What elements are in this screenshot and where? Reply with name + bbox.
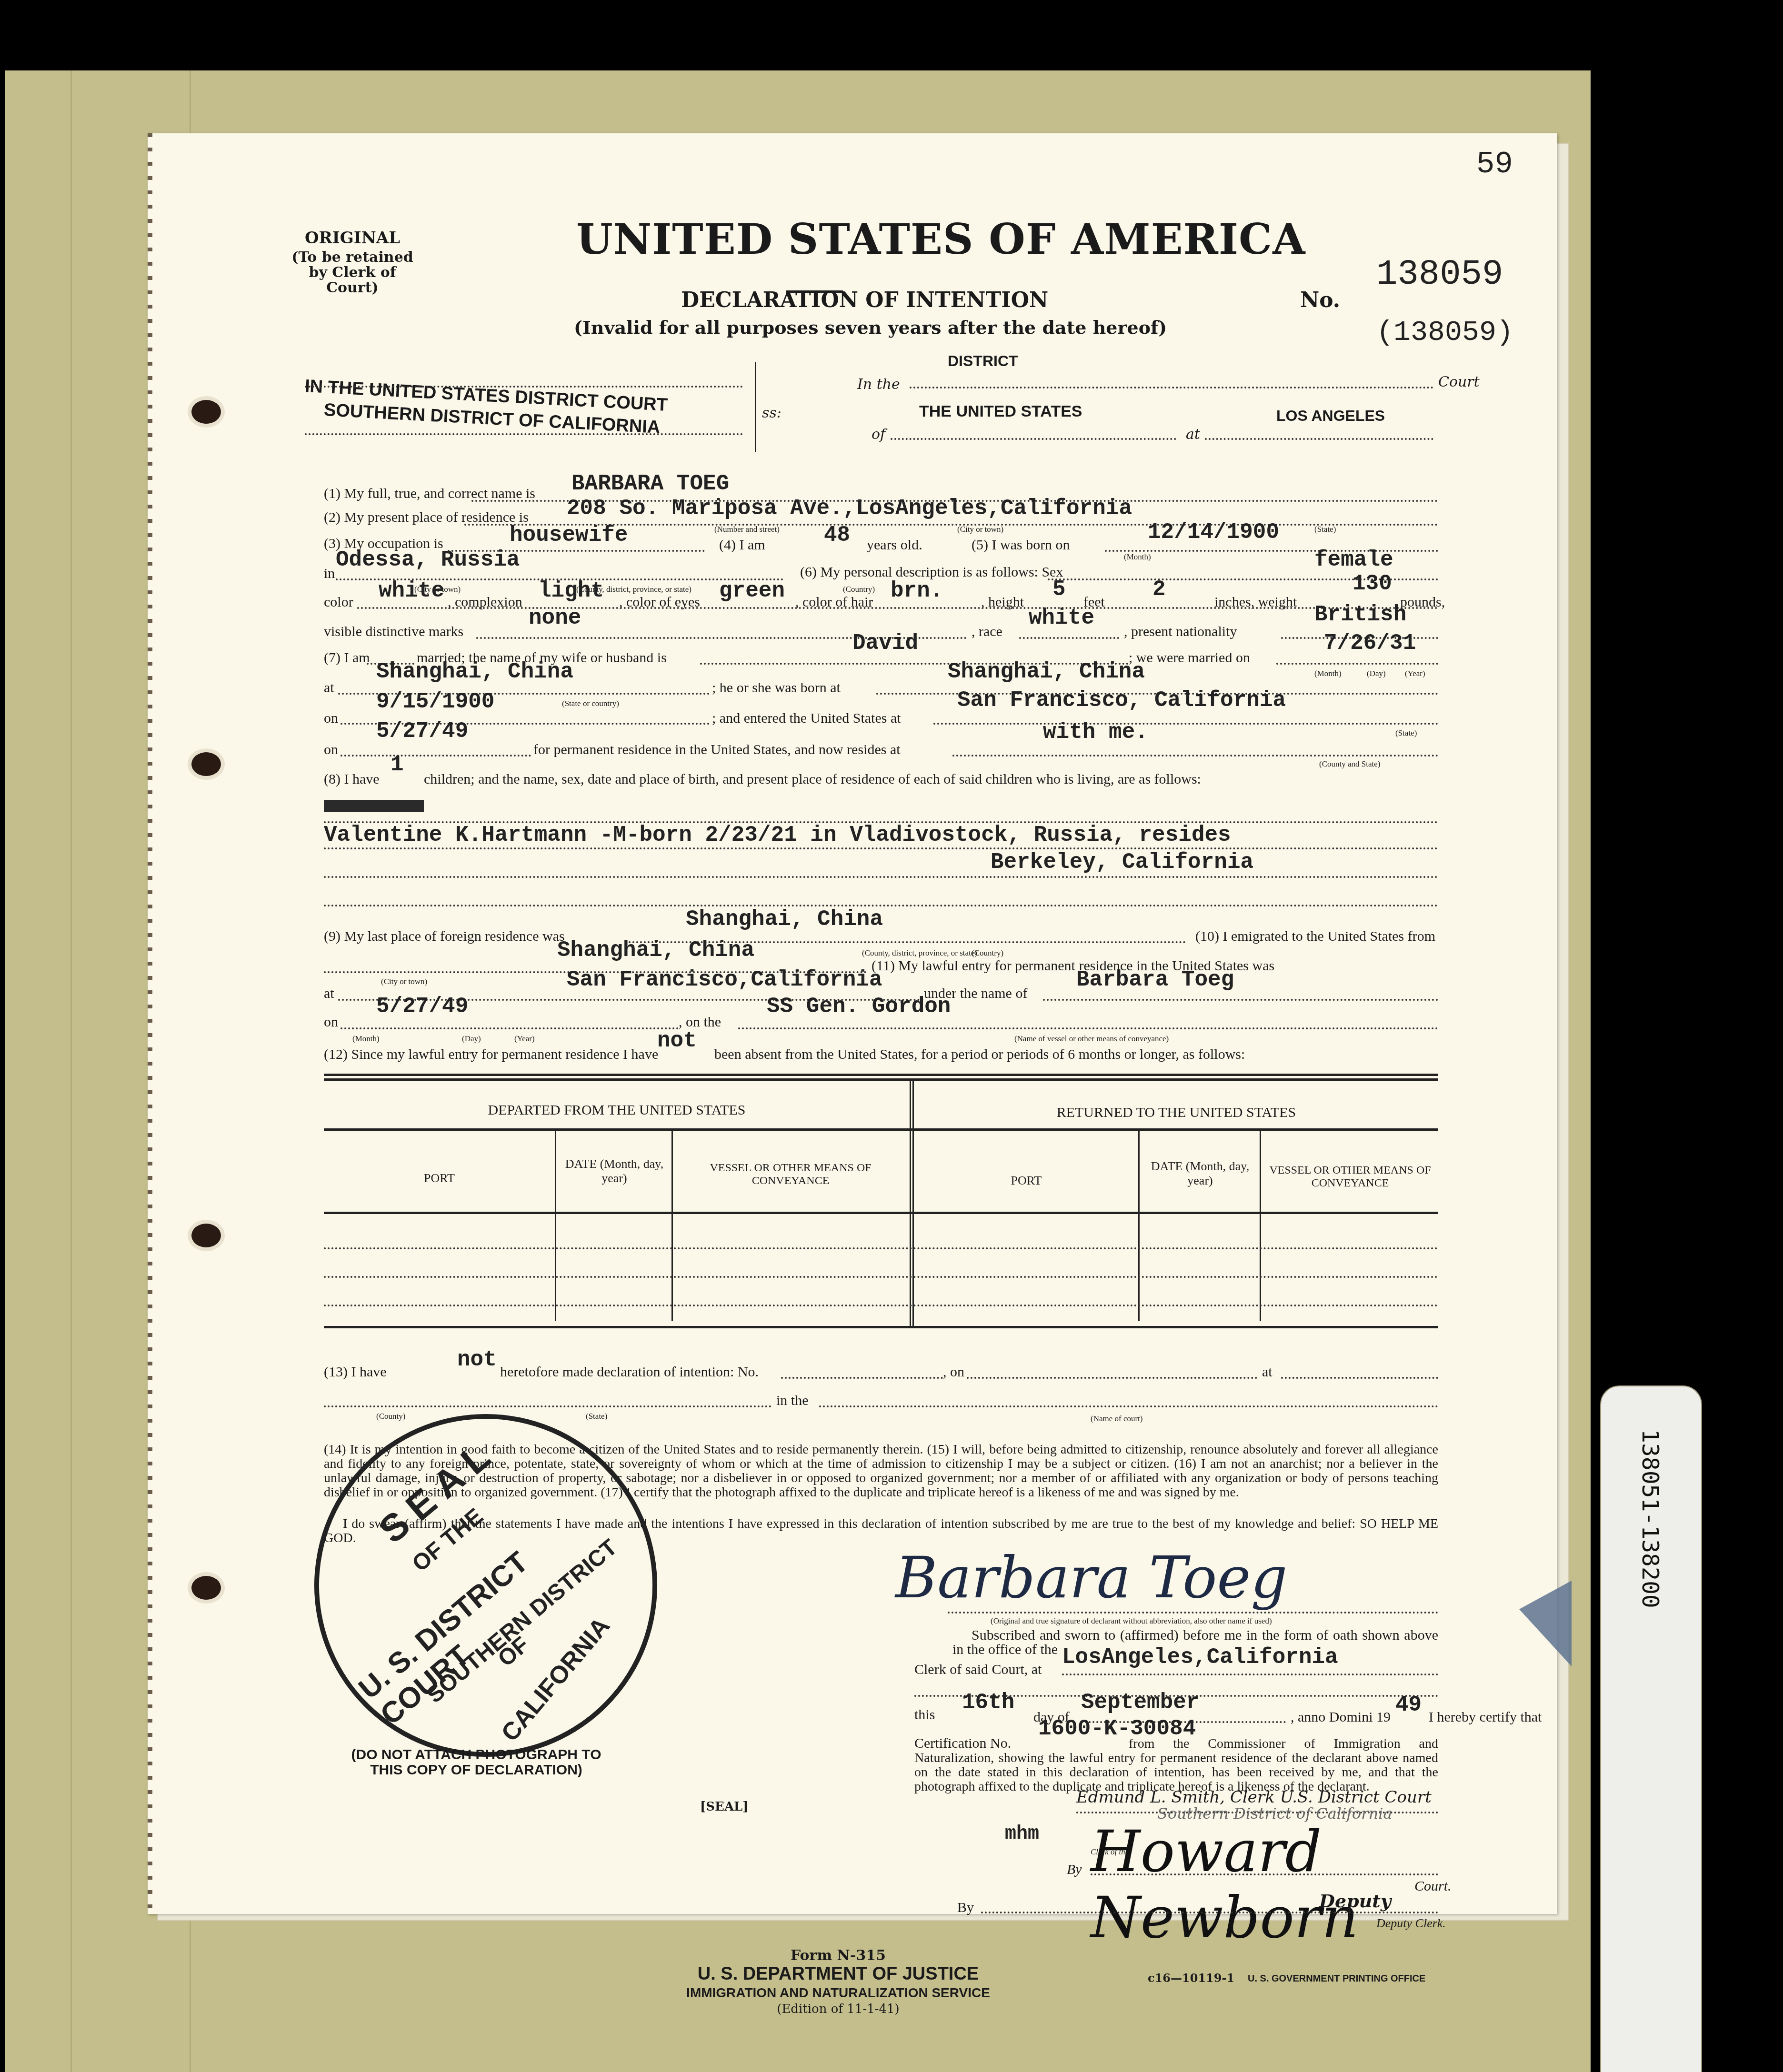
field-line xyxy=(1276,663,1438,665)
q12-label: (12) Since my lawful entry for permanent… xyxy=(324,1046,658,1063)
deputy-signature: Howard Newborn xyxy=(1091,1819,1557,1951)
entry-place-value[interactable]: San Francisco,California xyxy=(567,967,882,992)
clerk-at-label: Clerk of said Court, at xyxy=(914,1662,1042,1678)
copy-note: (To be retained by Clerk of Court) xyxy=(286,250,419,296)
height-feet-value[interactable]: 5 xyxy=(1052,577,1066,602)
field-line xyxy=(1043,999,1438,1001)
hint-vessel: (Name of vessel or other means of convey… xyxy=(1014,1034,1169,1044)
q10-label: (10) I emigrated to the United States fr… xyxy=(1195,928,1435,945)
field-line xyxy=(357,607,1438,609)
printer: U. S. GOVERNMENT PRINTING OFFICE xyxy=(1248,1973,1425,1984)
field-line xyxy=(1281,1377,1438,1379)
on-label: on xyxy=(324,742,338,758)
court-name-line xyxy=(910,387,1433,388)
entry-name-value[interactable]: Barbara Toeg xyxy=(1076,967,1234,992)
cert-text: from the Commissioner of Immigration and… xyxy=(914,1737,1438,1794)
hint-day: (Day) xyxy=(1367,669,1386,678)
spouse-resides-value[interactable]: with me. xyxy=(1043,720,1148,745)
field-line xyxy=(933,723,1438,725)
years-old-label: years old. xyxy=(867,537,922,553)
number-label: No. xyxy=(1300,288,1340,312)
venue-bracket xyxy=(755,362,756,452)
eyes-value[interactable]: green xyxy=(719,578,785,603)
table-col-divider xyxy=(555,1131,556,1321)
photo-note: (DO NOT ATTACH PHOTOGRAPH TO THIS COPY O… xyxy=(338,1747,614,1778)
vessel-value[interactable]: SS Gen. Gordon xyxy=(767,994,951,1019)
venue-line xyxy=(305,433,743,435)
married-on-label: ; we were married on xyxy=(1129,650,1250,666)
children-label: children; and the name, sex, date and pl… xyxy=(424,771,1201,787)
absence-value[interactable]: not xyxy=(657,1028,697,1053)
birth-place-value[interactable]: Odessa, Russia xyxy=(336,548,520,572)
q7-label: (7) I am xyxy=(324,650,370,666)
spouse-birthplace-value[interactable]: Shanghai, China xyxy=(948,659,1145,684)
hint-state: (State) xyxy=(586,1412,607,1421)
hint-court: (Name of court) xyxy=(1091,1414,1143,1424)
spouse-entry-place-value[interactable]: San Francisco, California xyxy=(957,688,1286,713)
year-value[interactable]: 49 xyxy=(1395,1693,1422,1717)
punch-hole xyxy=(191,752,221,776)
punch-hole xyxy=(191,1576,221,1600)
table-rule-top xyxy=(324,1074,1438,1076)
hint-month: (Month) xyxy=(1124,552,1151,562)
day-value[interactable]: 16th xyxy=(962,1690,1014,1715)
month-value[interactable]: September xyxy=(1081,1690,1199,1715)
col-date: DATE (Month, day, year) xyxy=(1143,1159,1257,1188)
children-line2[interactable]: Berkeley, California xyxy=(991,850,1253,875)
marks-value[interactable]: none xyxy=(529,606,581,630)
last-foreign-residence-value[interactable]: Shanghai, China xyxy=(686,907,883,932)
hint-country: (Country) xyxy=(972,948,1003,958)
table-col-divider xyxy=(671,1131,673,1321)
spouse-born-label: ; he or she was born at xyxy=(712,680,841,696)
hair-value[interactable]: brn. xyxy=(891,578,943,603)
q9-label: (9) My last place of foreign residence w… xyxy=(324,928,565,945)
anno-label: , anno Domini 19 xyxy=(1291,1709,1391,1725)
occupation-value[interactable]: housewife xyxy=(510,523,628,548)
deputy-label: Deputy xyxy=(1319,1890,1391,1912)
col-date: DATE (Month, day, year) xyxy=(562,1157,667,1185)
in-label: in xyxy=(324,566,335,582)
hint-county-state: (County and State) xyxy=(1319,759,1380,769)
hint-year: (Year) xyxy=(1405,669,1425,678)
hint-city: (City or town) xyxy=(957,525,1003,534)
height-inches-value[interactable]: 2 xyxy=(1152,577,1166,602)
field-line xyxy=(324,876,1438,878)
field-line xyxy=(738,1027,1438,1029)
hint-year: (Year) xyxy=(514,1034,535,1044)
col-port: PORT xyxy=(914,1174,1138,1188)
dept-name: U. S. DEPARTMENT OF JUSTICE xyxy=(648,1964,1029,1984)
clerk-location-value[interactable]: LosAngeles,California xyxy=(1062,1645,1338,1670)
table-col-divider xyxy=(1138,1131,1140,1321)
q4-label: (4) I am xyxy=(719,537,765,553)
children-count-value[interactable]: 1 xyxy=(391,752,404,777)
q8-label: (8) I have xyxy=(324,771,380,787)
court-type-stamp: DISTRICT xyxy=(948,352,1018,370)
court-label: Court. xyxy=(1414,1878,1452,1894)
this-label: this xyxy=(914,1707,935,1723)
hint-country: (Country) xyxy=(843,585,875,594)
venue-line xyxy=(305,386,743,388)
initials: mhm xyxy=(1005,1823,1039,1845)
departed-title: DEPARTED FROM THE UNITED STATES xyxy=(324,1102,910,1118)
hint-county: (County, district, province, or state) xyxy=(862,948,977,958)
table-rule-top xyxy=(324,1078,1438,1081)
q13-text: heretofore made declaration of intention… xyxy=(500,1364,759,1380)
entered-label: ; and entered the United States at xyxy=(712,710,901,727)
q5-label: (5) I was born on xyxy=(972,537,1070,553)
hint-state-country: (State or country) xyxy=(562,699,619,708)
marks-label: visible distinctive marks xyxy=(324,624,463,640)
declaration-number: 138059 xyxy=(1376,255,1503,295)
returned-title: RETURNED TO THE UNITED STATES xyxy=(914,1105,1438,1121)
page-number: 59 xyxy=(1476,148,1513,182)
in-the-label: In the xyxy=(857,376,900,393)
full-name-value[interactable]: BARBARA TOEG xyxy=(571,471,729,496)
col-vessel: VESSEL OR OTHER MEANS OF CONVEYANCE xyxy=(676,1162,905,1187)
declaration-number-repeat: (138059) xyxy=(1376,317,1513,349)
residence-label: for permanent residence in the United St… xyxy=(533,742,901,758)
field-line xyxy=(1062,1674,1438,1675)
hint-day: (Day) xyxy=(462,1034,481,1044)
hint-county: (County) xyxy=(376,1412,405,1421)
marriage-date-value[interactable]: 7/26/31 xyxy=(1324,631,1416,656)
entry-date-value[interactable]: 5/27/49 xyxy=(376,994,468,1019)
ss-label: ss: xyxy=(762,405,781,421)
sex-value[interactable]: female xyxy=(1314,548,1393,572)
hint-state: (State) xyxy=(1314,525,1336,534)
hint-street: (Number and street) xyxy=(714,525,780,534)
punch-hole xyxy=(191,400,221,424)
field-line xyxy=(981,1912,1438,1913)
weight-value[interactable]: 130 xyxy=(1352,571,1392,596)
q6-label: (6) My personal description is as follow… xyxy=(800,564,1063,580)
perforated-edge xyxy=(148,133,152,1914)
race-value[interactable]: white xyxy=(1029,606,1094,630)
table-rule-header xyxy=(324,1128,1438,1131)
q13-on-label: , on xyxy=(943,1364,964,1380)
table-rule-body xyxy=(324,1212,1438,1214)
col-vessel: VESSEL OR OTHER MEANS OF CONVEYANCE xyxy=(1264,1164,1436,1190)
table-row[interactable] xyxy=(324,1247,1438,1249)
q13-in-the-label: in the xyxy=(776,1393,809,1409)
struck-text xyxy=(324,800,424,812)
complexion-value[interactable]: light xyxy=(538,578,604,603)
field-line xyxy=(967,1377,1257,1379)
field-line xyxy=(324,847,1438,849)
table-divider xyxy=(912,1078,914,1326)
deputy-clerk-label: Deputy Clerk. xyxy=(1376,1916,1446,1931)
on-the-label: , on the xyxy=(679,1014,721,1030)
document-title: UNITED STATES OF AMERICA xyxy=(576,214,1305,264)
signature-line xyxy=(948,1612,1438,1614)
spouse-birth-date-value[interactable]: 9/15/1900 xyxy=(376,689,494,714)
q13-label: (13) I have xyxy=(324,1364,387,1380)
hint-city: (City or town) xyxy=(381,977,427,986)
seal-label: [SEAL] xyxy=(700,1800,749,1814)
form-number: Form N-315 xyxy=(695,1947,981,1964)
certify-label: I hereby certify that xyxy=(1429,1709,1542,1725)
of-value: THE UNITED STATES xyxy=(919,402,1082,421)
q13-value[interactable]: not xyxy=(457,1347,497,1372)
ink-smudge xyxy=(1519,1581,1572,1666)
children-line1[interactable]: Valentine K.Hartmann -M-born 2/23/21 in … xyxy=(324,823,1231,847)
table-rule-bottom xyxy=(324,1326,1438,1328)
declarant-signature: Barbara Toeg xyxy=(895,1545,1287,1611)
of-line xyxy=(891,438,1176,440)
field-line xyxy=(341,1027,679,1029)
field-line xyxy=(324,1405,771,1407)
at-label: at xyxy=(324,680,334,696)
emigrated-from-value[interactable]: Shanghai, China xyxy=(557,938,754,963)
form-title: DECLARATION OF INTENTION xyxy=(681,288,1048,312)
court-label: Court xyxy=(1438,374,1480,390)
marriage-place-value[interactable]: Shanghai, China xyxy=(376,659,573,684)
table-col-divider xyxy=(1260,1131,1261,1321)
spouse-value[interactable]: David xyxy=(852,631,918,656)
at-label: at xyxy=(324,986,334,1002)
birth-date-value[interactable]: 12/14/1900 xyxy=(1148,520,1279,545)
at-label: at xyxy=(1186,426,1200,443)
signature-hint: (Original and true signature of declaran… xyxy=(991,1616,1272,1626)
color-label: color xyxy=(324,594,353,610)
folder-range-text: 138051-138200 xyxy=(1637,1429,1663,1608)
validity-note: (Invalid for all purposes seven years af… xyxy=(574,317,1167,338)
by-label: By xyxy=(957,1900,974,1916)
field-line xyxy=(952,755,1438,757)
hint-month: (Month) xyxy=(352,1034,380,1044)
on-label: on xyxy=(324,1014,338,1030)
q13-at-label: at xyxy=(1262,1364,1272,1380)
table-row[interactable] xyxy=(324,1305,1438,1306)
edition: (Edition of 11-1-41) xyxy=(695,2002,981,2016)
table-divider xyxy=(910,1078,911,1326)
nationality-value[interactable]: British xyxy=(1314,602,1406,627)
table-row[interactable] xyxy=(324,1276,1438,1278)
q2-label: (2) My present place of residence is xyxy=(324,509,529,526)
hint-state: (State) xyxy=(1395,728,1417,738)
service-name: IMMIGRATION AND NATURALIZATION SERVICE xyxy=(624,1985,1052,2001)
at-line xyxy=(1205,438,1433,440)
color-value[interactable]: white xyxy=(379,578,444,603)
field-line xyxy=(341,755,531,757)
hint-month: (Month) xyxy=(1314,669,1342,678)
field-line xyxy=(324,905,1438,906)
print-code: c16—10119-1 xyxy=(1148,1971,1234,1985)
of-label: of xyxy=(871,426,885,443)
q1-label: (1) My full, true, and correct name is xyxy=(324,486,535,502)
age-value[interactable]: 48 xyxy=(824,523,850,548)
field-line xyxy=(1019,637,1119,639)
field-line xyxy=(781,1377,943,1379)
declaration-form: 59 ORIGINAL (To be retained by Clerk of … xyxy=(148,133,1557,1914)
spouse-entry-date-value[interactable]: 5/27/49 xyxy=(376,719,468,744)
on-label: on xyxy=(324,710,338,727)
residence-value[interactable]: 208 So. Mariposa Ave.,LosAngeles,Califor… xyxy=(567,496,1132,521)
nationality-label: , present nationality xyxy=(1124,624,1237,640)
clerk-stamp-line1: Edmund L. Smith, Clerk U.S. District Cou… xyxy=(1076,1788,1432,1807)
at-value: LOS ANGELES xyxy=(1276,407,1385,425)
col-port: PORT xyxy=(324,1171,555,1185)
punch-hole xyxy=(191,1224,221,1247)
copy-type: ORIGINAL xyxy=(295,229,410,248)
folder-range-label: 138051-138200 xyxy=(1600,1385,1702,2072)
race-label: , race xyxy=(972,624,1002,640)
folder-crease xyxy=(70,70,72,2072)
q12-tail: been absent from the United States, for … xyxy=(714,1046,1245,1063)
by-label: By xyxy=(1067,1862,1082,1878)
field-line xyxy=(819,1405,1438,1407)
